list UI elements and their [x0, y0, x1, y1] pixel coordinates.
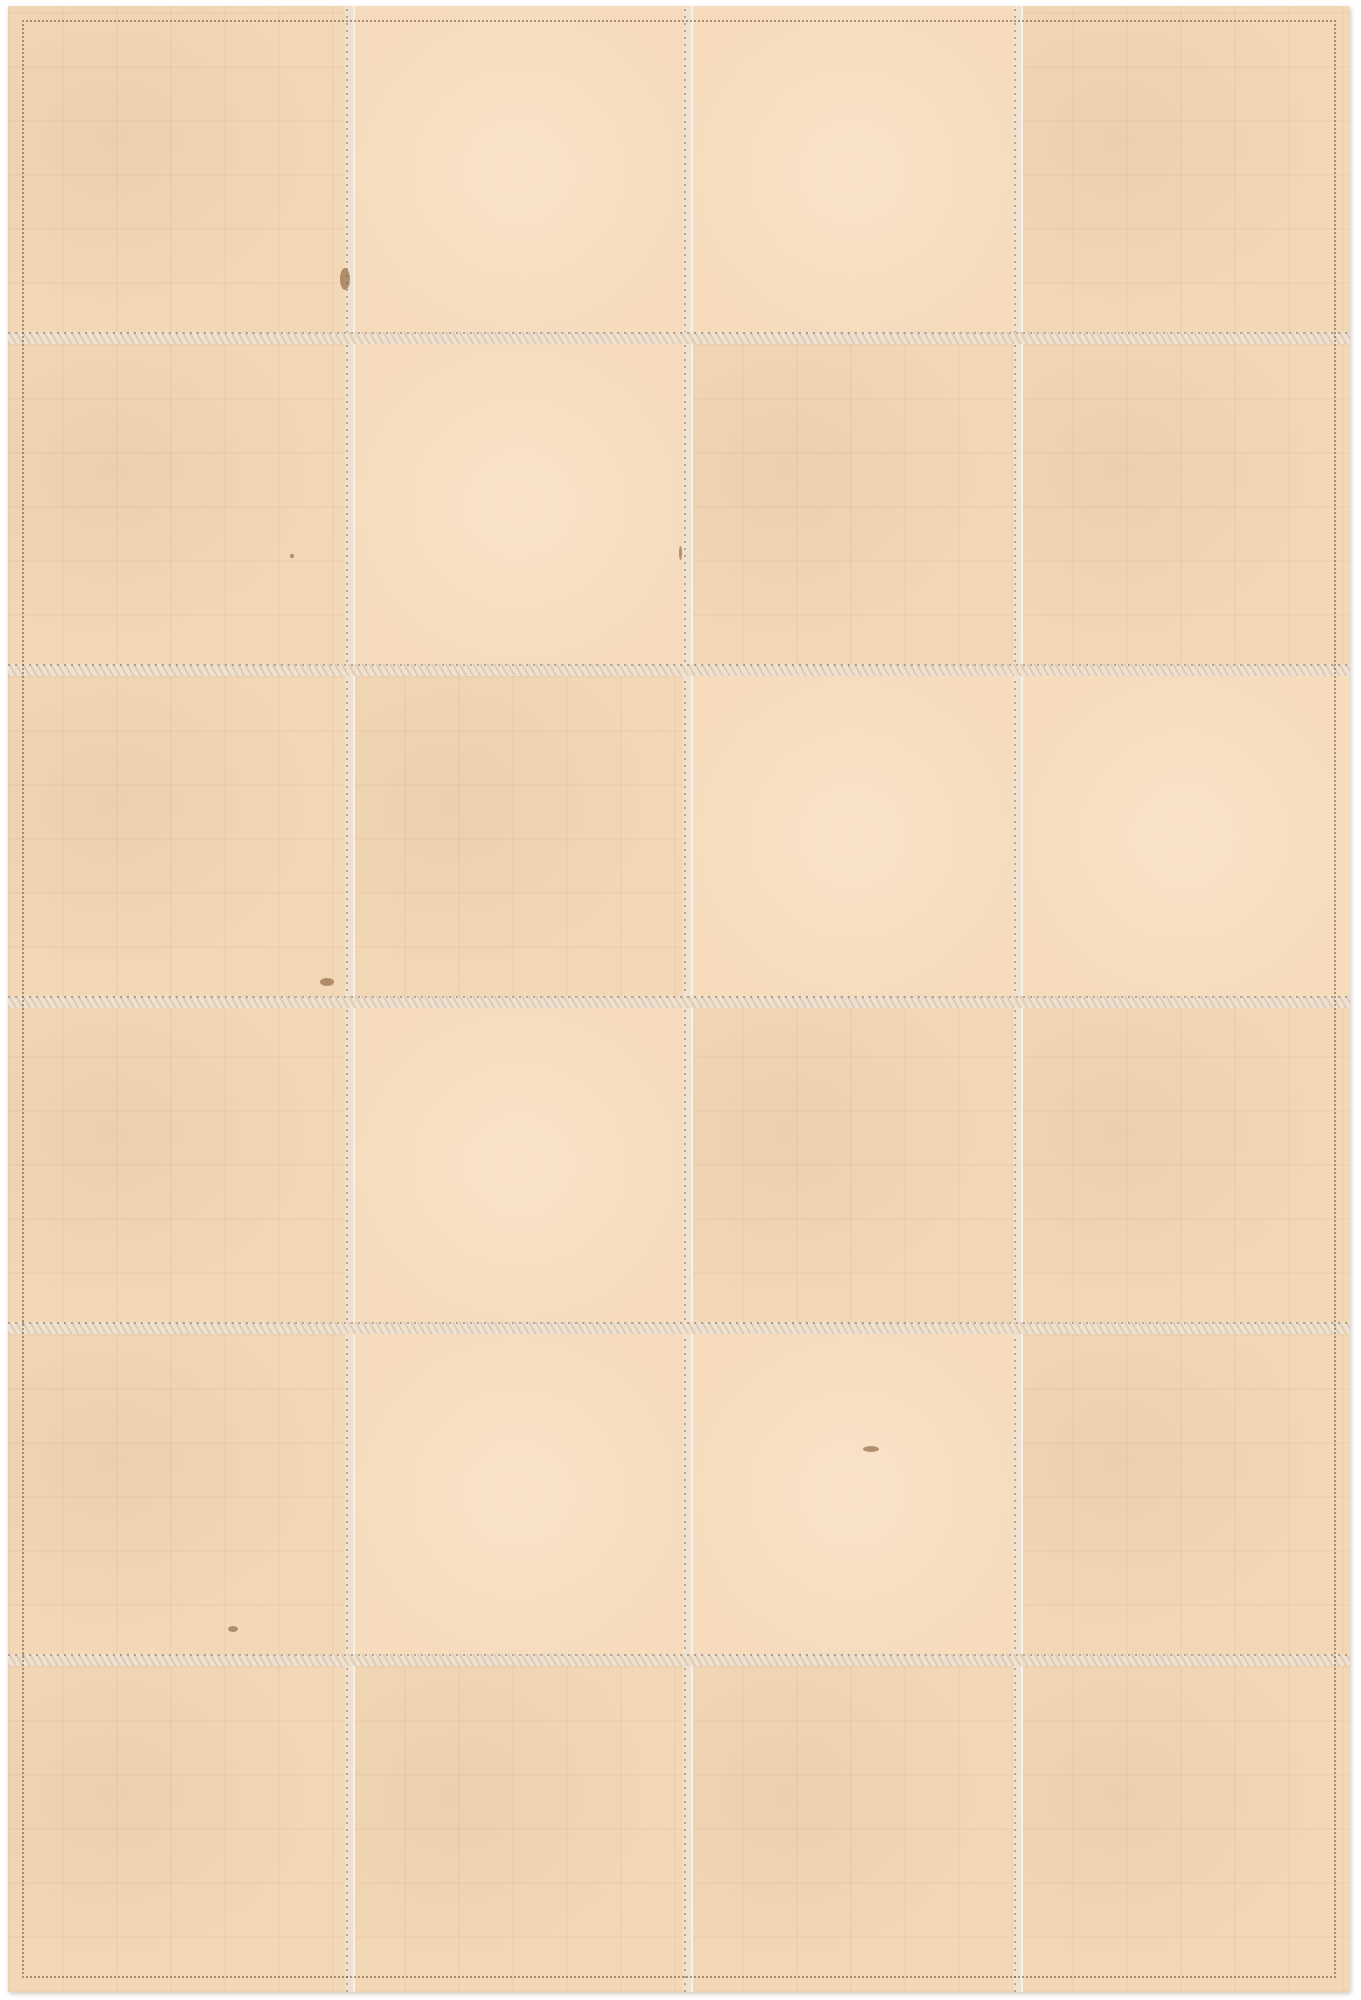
rug-panel — [688, 6, 1018, 338]
rug-panel — [350, 6, 688, 338]
rug-panel — [8, 670, 350, 1002]
rug-panel — [350, 338, 688, 670]
rug-panel — [350, 1002, 688, 1328]
stain-mark — [320, 978, 334, 986]
horizontal-seam — [8, 1654, 1350, 1666]
stain-mark — [863, 1446, 879, 1452]
stain-mark — [228, 1626, 238, 1632]
rug-panel — [1018, 670, 1350, 1002]
stain-mark — [679, 546, 682, 560]
stain-mark — [290, 554, 294, 558]
rug-panel — [688, 1002, 1018, 1328]
rug-panel — [688, 1328, 1018, 1660]
rug-panel — [8, 338, 350, 670]
horizontal-seam — [8, 332, 1350, 344]
rug-panel — [350, 670, 688, 1002]
horizontal-seam — [8, 1322, 1350, 1334]
rug-panel — [1018, 338, 1350, 670]
rug-panel — [1018, 6, 1350, 338]
rug-panel — [8, 1660, 350, 1992]
rug-panel — [1018, 1660, 1350, 1992]
rug-panel — [688, 338, 1018, 670]
stain-mark — [340, 268, 350, 290]
rug-panel — [1018, 1328, 1350, 1660]
rug-panel — [350, 1328, 688, 1660]
rug-panel — [8, 1002, 350, 1328]
horizontal-seam — [8, 996, 1350, 1008]
rug-panel — [1018, 1002, 1350, 1328]
rug-panel — [688, 670, 1018, 1002]
rug-panel — [688, 1660, 1018, 1992]
leather-patchwork-rug — [8, 6, 1350, 1992]
rug-panel — [350, 1660, 688, 1992]
horizontal-seam — [8, 664, 1350, 676]
rug-panel — [8, 1328, 350, 1660]
rug-panel — [8, 6, 350, 338]
